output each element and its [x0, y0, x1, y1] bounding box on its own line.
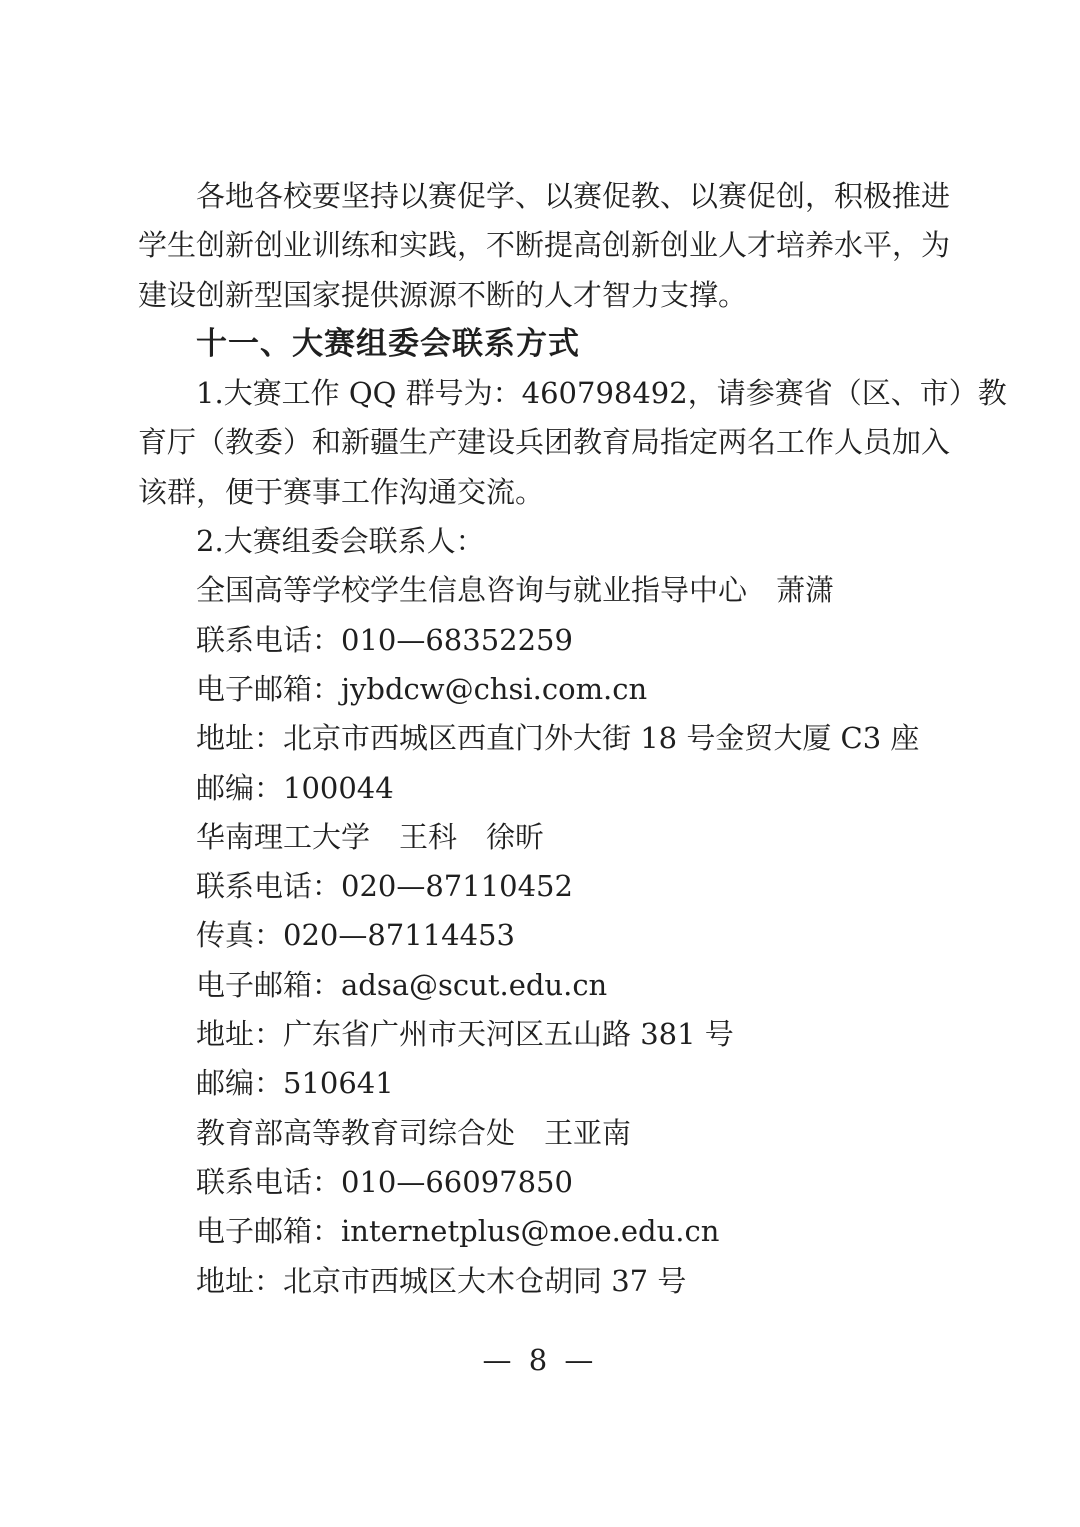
document-line: 该群，便于赛事工作沟通交流。 [138, 468, 953, 517]
document-line: 华南理工大学 王科 徐昕 [138, 813, 953, 862]
document-line: 育厅（教委）和新疆生产建设兵团教育局指定两名工作人员加入 [138, 418, 953, 467]
document-line: 联系电话：010—68352259 [138, 616, 953, 665]
document-line: 邮编：100044 [138, 764, 953, 813]
document-line: 建设创新型国家提供源源不断的人才智力支撑。 [138, 271, 953, 320]
document-line: 电子邮箱：internetplus@moe.edu.cn [138, 1207, 953, 1256]
document-body: 各地各校要坚持以赛促学、以赛促教、以赛促创，积极推进 学生创新创业训练和实践，不… [138, 172, 953, 1306]
document-line: 联系电话：020—87110452 [138, 862, 953, 911]
document-line: 2.大赛组委会联系人： [138, 517, 953, 566]
page-number: — 8 — [0, 1336, 1080, 1385]
document-line: 电子邮箱：jybdcw@chsi.com.cn [138, 665, 953, 714]
document-line: 传真：020—87114453 [138, 911, 953, 960]
document-page: 各地各校要坚持以赛促学、以赛促教、以赛促创，积极推进 学生创新创业训练和实践，不… [0, 0, 1080, 1527]
document-line: 1.大赛工作 QQ 群号为：460798492，请参赛省（区、市）教 [138, 369, 953, 418]
document-line: 地址：北京市西城区西直门外大街 18 号金贸大厦 C3 座 [138, 714, 953, 763]
document-line: 学生创新创业训练和实践，不断提高创新创业人才培养水平，为 [138, 221, 953, 270]
document-line: 联系电话：010—66097850 [138, 1158, 953, 1207]
document-line: 电子邮箱：adsa@scut.edu.cn [138, 961, 953, 1010]
document-line: 十一、大赛组委会联系方式 [138, 320, 953, 369]
document-line: 地址：北京市西城区大木仓胡同 37 号 [138, 1257, 953, 1306]
document-line: 邮编：510641 [138, 1059, 953, 1108]
document-line: 全国高等学校学生信息咨询与就业指导中心 萧潇 [138, 566, 953, 615]
document-line: 教育部高等教育司综合处 王亚南 [138, 1109, 953, 1158]
document-line: 地址：广东省广州市天河区五山路 381 号 [138, 1010, 953, 1059]
document-line: 各地各校要坚持以赛促学、以赛促教、以赛促创，积极推进 [138, 172, 953, 221]
